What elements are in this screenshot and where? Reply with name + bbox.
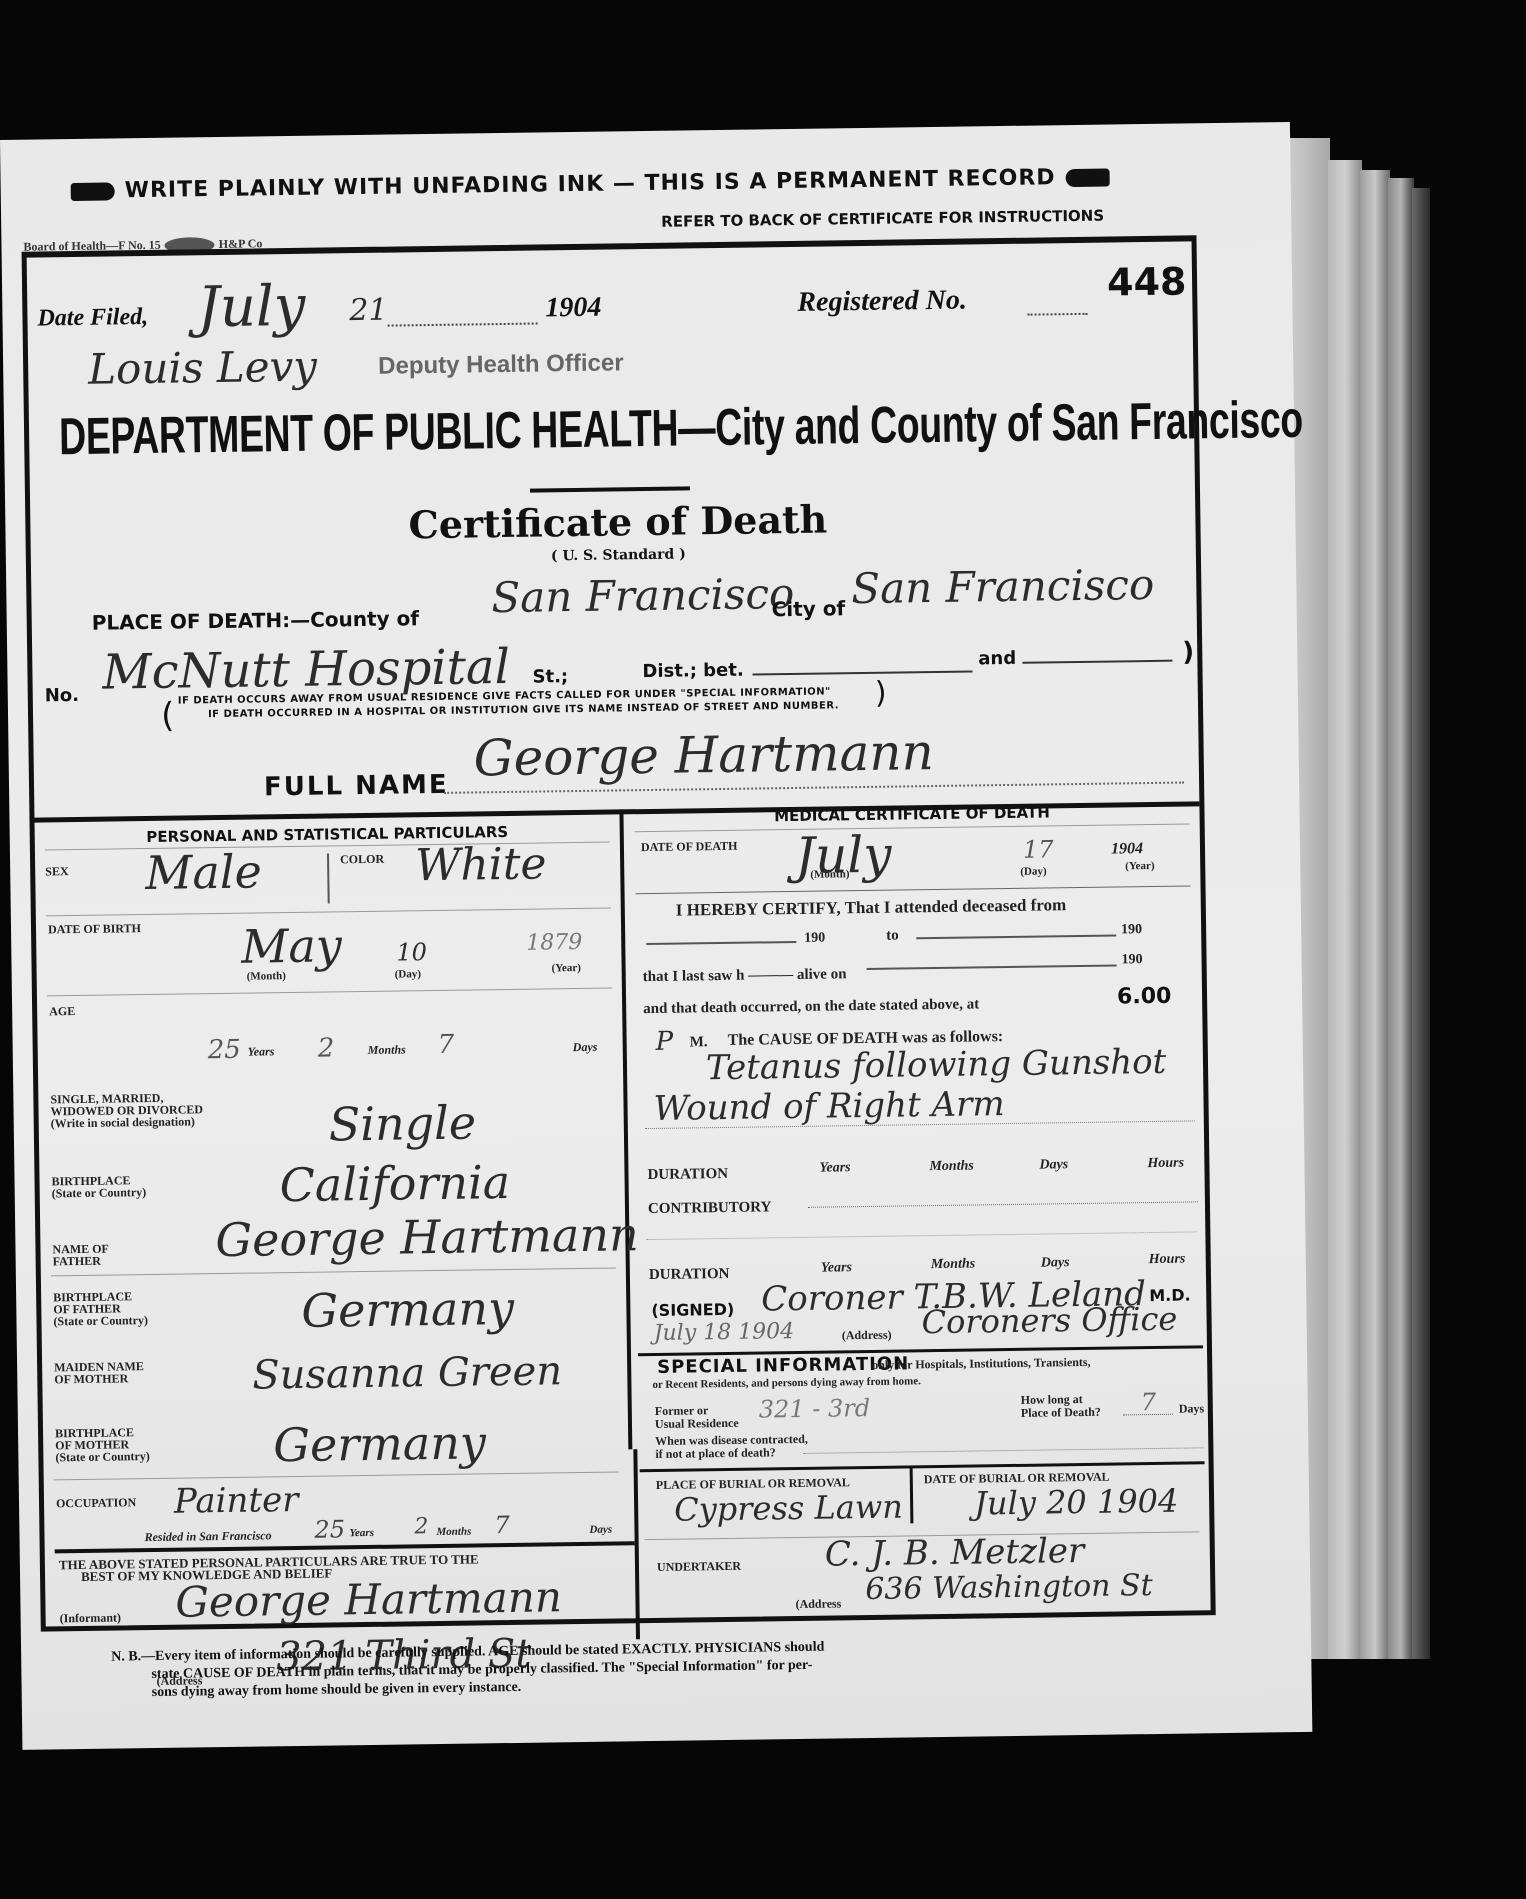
signed-label: (SIGNED) bbox=[651, 1300, 734, 1320]
duration-label-2: DURATION bbox=[649, 1266, 730, 1284]
age-label: AGE bbox=[49, 1005, 75, 1017]
date-filed-year: 1904 bbox=[545, 292, 601, 325]
field-divider bbox=[327, 853, 330, 903]
signed-date: July 18 1904 bbox=[654, 1319, 795, 1346]
date-filed-label: Date Filed, bbox=[37, 304, 148, 333]
age-months: 2 bbox=[318, 1033, 335, 1063]
dotted-line bbox=[808, 1201, 1198, 1207]
alive-190: 190 bbox=[1121, 952, 1142, 968]
section-divider bbox=[638, 1345, 1203, 1356]
full-name-value: George Hartmann bbox=[473, 723, 934, 787]
dotted-line bbox=[803, 1447, 1203, 1454]
blank-line bbox=[646, 941, 796, 945]
sex-value: Male bbox=[145, 844, 262, 900]
how-long-label: How long at Place of Death? bbox=[1021, 1393, 1101, 1420]
cause-line-1: Tetanus following Gunshot bbox=[706, 1042, 1167, 1088]
duration-days-2: Days bbox=[1041, 1255, 1070, 1271]
date-of-death-label: DATE OF DEATH bbox=[641, 840, 738, 853]
blank-line bbox=[1022, 660, 1172, 664]
dotted-line bbox=[388, 323, 538, 327]
marital-value: Single bbox=[328, 1095, 476, 1151]
department-title: DEPARTMENT OF PUBLIC HEALTH—City and Cou… bbox=[59, 390, 1303, 467]
resided-label: Resided in San Francisco bbox=[144, 1528, 271, 1545]
rule bbox=[54, 1471, 619, 1480]
undertaker-label: UNDERTAKER bbox=[657, 1560, 741, 1573]
page-stack-edge bbox=[1328, 160, 1362, 1659]
informant-label: (Informant) bbox=[60, 1610, 122, 1626]
occurred-text: and that death occurred, on the date sta… bbox=[643, 996, 979, 1018]
physician-address: Coroners Office bbox=[921, 1300, 1177, 1342]
column-divider bbox=[633, 1449, 640, 1639]
dob-month: May bbox=[241, 918, 342, 973]
rule bbox=[636, 885, 1191, 894]
page-stack-edge bbox=[1388, 178, 1414, 1659]
last-saw-text: that I last saw h ——— alive on bbox=[643, 966, 847, 986]
divider bbox=[530, 486, 690, 492]
duration-months-2: Months bbox=[931, 1256, 976, 1273]
residence-value: 321 - 3rd bbox=[759, 1394, 871, 1424]
city-label: City of bbox=[771, 596, 845, 621]
am-pm-value: P bbox=[655, 1027, 673, 1057]
occupation-value: Painter bbox=[174, 1480, 299, 1522]
day-caption: (Day) bbox=[1020, 865, 1046, 877]
month-caption: (Month) bbox=[810, 868, 849, 881]
duration-hours: Hours bbox=[1147, 1156, 1184, 1173]
year-caption: (Year) bbox=[1125, 860, 1154, 872]
certificate-frame: Date Filed, July 21 1904 Registered No. … bbox=[22, 235, 1216, 1631]
days-caption: Days bbox=[573, 1040, 598, 1055]
page-stack-edge bbox=[1360, 170, 1390, 1659]
how-long-days-label: Days bbox=[1179, 1401, 1205, 1416]
color-label: COLOR bbox=[340, 853, 384, 866]
age-days: 7 bbox=[437, 1030, 454, 1060]
color-value: White bbox=[415, 838, 547, 891]
footer-note: N. B.—Every item of information should b… bbox=[111, 1634, 1182, 1703]
death-time: 6.00 bbox=[1117, 984, 1172, 1010]
blank-line bbox=[867, 964, 1117, 969]
registered-no-label: Registered No. bbox=[797, 285, 967, 319]
from-190: 190 bbox=[804, 931, 825, 947]
mother-name-value: Susanna Green bbox=[252, 1348, 562, 1398]
place-of-death-label: PLACE OF DEATH:—County of bbox=[92, 606, 420, 635]
undertaker-name: C. J. B. Metzler bbox=[825, 1531, 1085, 1575]
st-label: St.; bbox=[532, 666, 568, 687]
sex-label: SEX bbox=[45, 865, 69, 877]
section-divider bbox=[640, 1461, 1205, 1472]
officer-signature: Louis Levy bbox=[88, 342, 317, 394]
birthplace-value: California bbox=[279, 1155, 510, 1212]
paren: ) bbox=[1182, 637, 1194, 667]
blank-line bbox=[916, 934, 1116, 939]
dob-label: DATE OF BIRTH bbox=[48, 922, 141, 935]
special-info-subtitle-2: or Recent Residents, and persons dying a… bbox=[652, 1375, 921, 1391]
death-certificate: WRITE PLAINLY WITH UNFADING INK — THIS I… bbox=[0, 122, 1312, 1750]
officer-title: Deputy Health Officer bbox=[378, 349, 624, 380]
paren: ) bbox=[875, 676, 887, 711]
resided-months: 2 bbox=[414, 1514, 428, 1539]
rule bbox=[51, 1268, 616, 1277]
rule bbox=[47, 988, 612, 997]
mother-birthplace-value: Germany bbox=[273, 1415, 486, 1472]
dist-label: Dist.; bet. bbox=[642, 660, 744, 682]
instructions-note: REFER TO BACK OF CERTIFICATE FOR INSTRUC… bbox=[661, 207, 1104, 231]
dotted-line bbox=[646, 1231, 1196, 1240]
mother-label: MAIDEN NAME OF MOTHER bbox=[54, 1360, 144, 1385]
column-divider bbox=[910, 1467, 914, 1523]
pointing-hand-icon bbox=[71, 182, 115, 201]
to-190: 190 bbox=[1121, 922, 1142, 938]
duration-months: Months bbox=[929, 1159, 974, 1176]
to-label: to bbox=[886, 928, 899, 945]
informant-name: George Hartmann bbox=[175, 1572, 562, 1626]
father-name-value: George Hartmann bbox=[215, 1207, 639, 1267]
undertaker-address-label: (Address bbox=[795, 1596, 841, 1612]
day-caption: (Day) bbox=[395, 968, 421, 980]
years-caption: Years bbox=[349, 1527, 374, 1539]
certify-statement: I HEREBY CERTIFY, That I attended deceas… bbox=[676, 895, 1067, 920]
city-value: San Francisco bbox=[851, 560, 1154, 613]
duration-years: Years bbox=[819, 1160, 850, 1176]
death-year: 1904 bbox=[1111, 840, 1143, 858]
year-caption: (Year) bbox=[552, 962, 581, 974]
residence-label: Former or Usual Residence bbox=[655, 1404, 739, 1431]
marital-label: SINGLE, MARRIED, WIDOWED OR DIVORCED (Wr… bbox=[50, 1091, 203, 1129]
father-birthplace-label: BIRTHPLACE OF FATHER (State or Country) bbox=[53, 1290, 148, 1327]
duration-label: DURATION bbox=[647, 1166, 728, 1184]
blank-line bbox=[753, 670, 973, 675]
county-value: San Francisco bbox=[491, 569, 794, 622]
burial-place-value: Cypress Lawn bbox=[674, 1488, 903, 1529]
special-info-subtitle-1: only for Hospitals, Institutions, Transi… bbox=[872, 1355, 1091, 1373]
banner: WRITE PLAINLY WITH UNFADING INK — THIS I… bbox=[71, 165, 1110, 205]
physician-address-label: (Address) bbox=[842, 1328, 892, 1344]
mother-birthplace-label: BIRTHPLACE OF MOTHER (State or Country) bbox=[55, 1426, 150, 1463]
burial-date-value: July 20 1904 bbox=[974, 1482, 1179, 1523]
months-caption: Months bbox=[368, 1042, 406, 1058]
age-years: 25 bbox=[208, 1035, 242, 1065]
medical-section-title: MEDICAL CERTIFICATE OF DEATH bbox=[624, 801, 1199, 827]
duration-years-2: Years bbox=[821, 1260, 852, 1276]
duration-hours-2: Hours bbox=[1149, 1252, 1186, 1269]
rule bbox=[46, 908, 611, 917]
dob-day: 10 bbox=[396, 938, 427, 966]
birthplace-label: BIRTHPLACE (State or Country) bbox=[51, 1174, 146, 1199]
pointing-hand-icon bbox=[1065, 169, 1109, 188]
contributory-label: CONTRIBUTORY bbox=[648, 1199, 772, 1218]
full-name-label: FULL NAME bbox=[264, 770, 449, 803]
dotted-line bbox=[1028, 313, 1088, 316]
months-caption: Months bbox=[436, 1526, 471, 1538]
father-label: NAME OF FATHER bbox=[52, 1243, 109, 1268]
days-caption: Days bbox=[589, 1524, 612, 1536]
and-label: and bbox=[978, 648, 1016, 670]
undertaker-address: 636 Washington St bbox=[865, 1568, 1153, 1607]
dob-year: 1879 bbox=[526, 930, 582, 956]
duration-days: Days bbox=[1039, 1157, 1068, 1173]
column-divider bbox=[619, 809, 632, 1449]
occupation-label: OCCUPATION bbox=[56, 1496, 136, 1509]
date-filed-month: July bbox=[197, 274, 306, 341]
no-label: No. bbox=[45, 685, 80, 706]
years-caption: Years bbox=[248, 1044, 275, 1059]
contracted-label: When was disease contracted, if not at p… bbox=[655, 1433, 808, 1461]
father-birthplace-value: Germany bbox=[301, 1281, 514, 1338]
death-day: 17 bbox=[1023, 835, 1054, 863]
registered-number: 448 bbox=[1107, 259, 1187, 304]
paren: ( bbox=[161, 696, 175, 736]
how-long-value: 7 bbox=[1141, 1388, 1157, 1416]
resided-years: 25 bbox=[314, 1515, 345, 1543]
resided-days: 7 bbox=[494, 1511, 510, 1539]
month-caption: (Month) bbox=[247, 970, 286, 983]
date-filed-day: 21 bbox=[349, 293, 388, 329]
page-stack-edge bbox=[1412, 188, 1430, 1659]
